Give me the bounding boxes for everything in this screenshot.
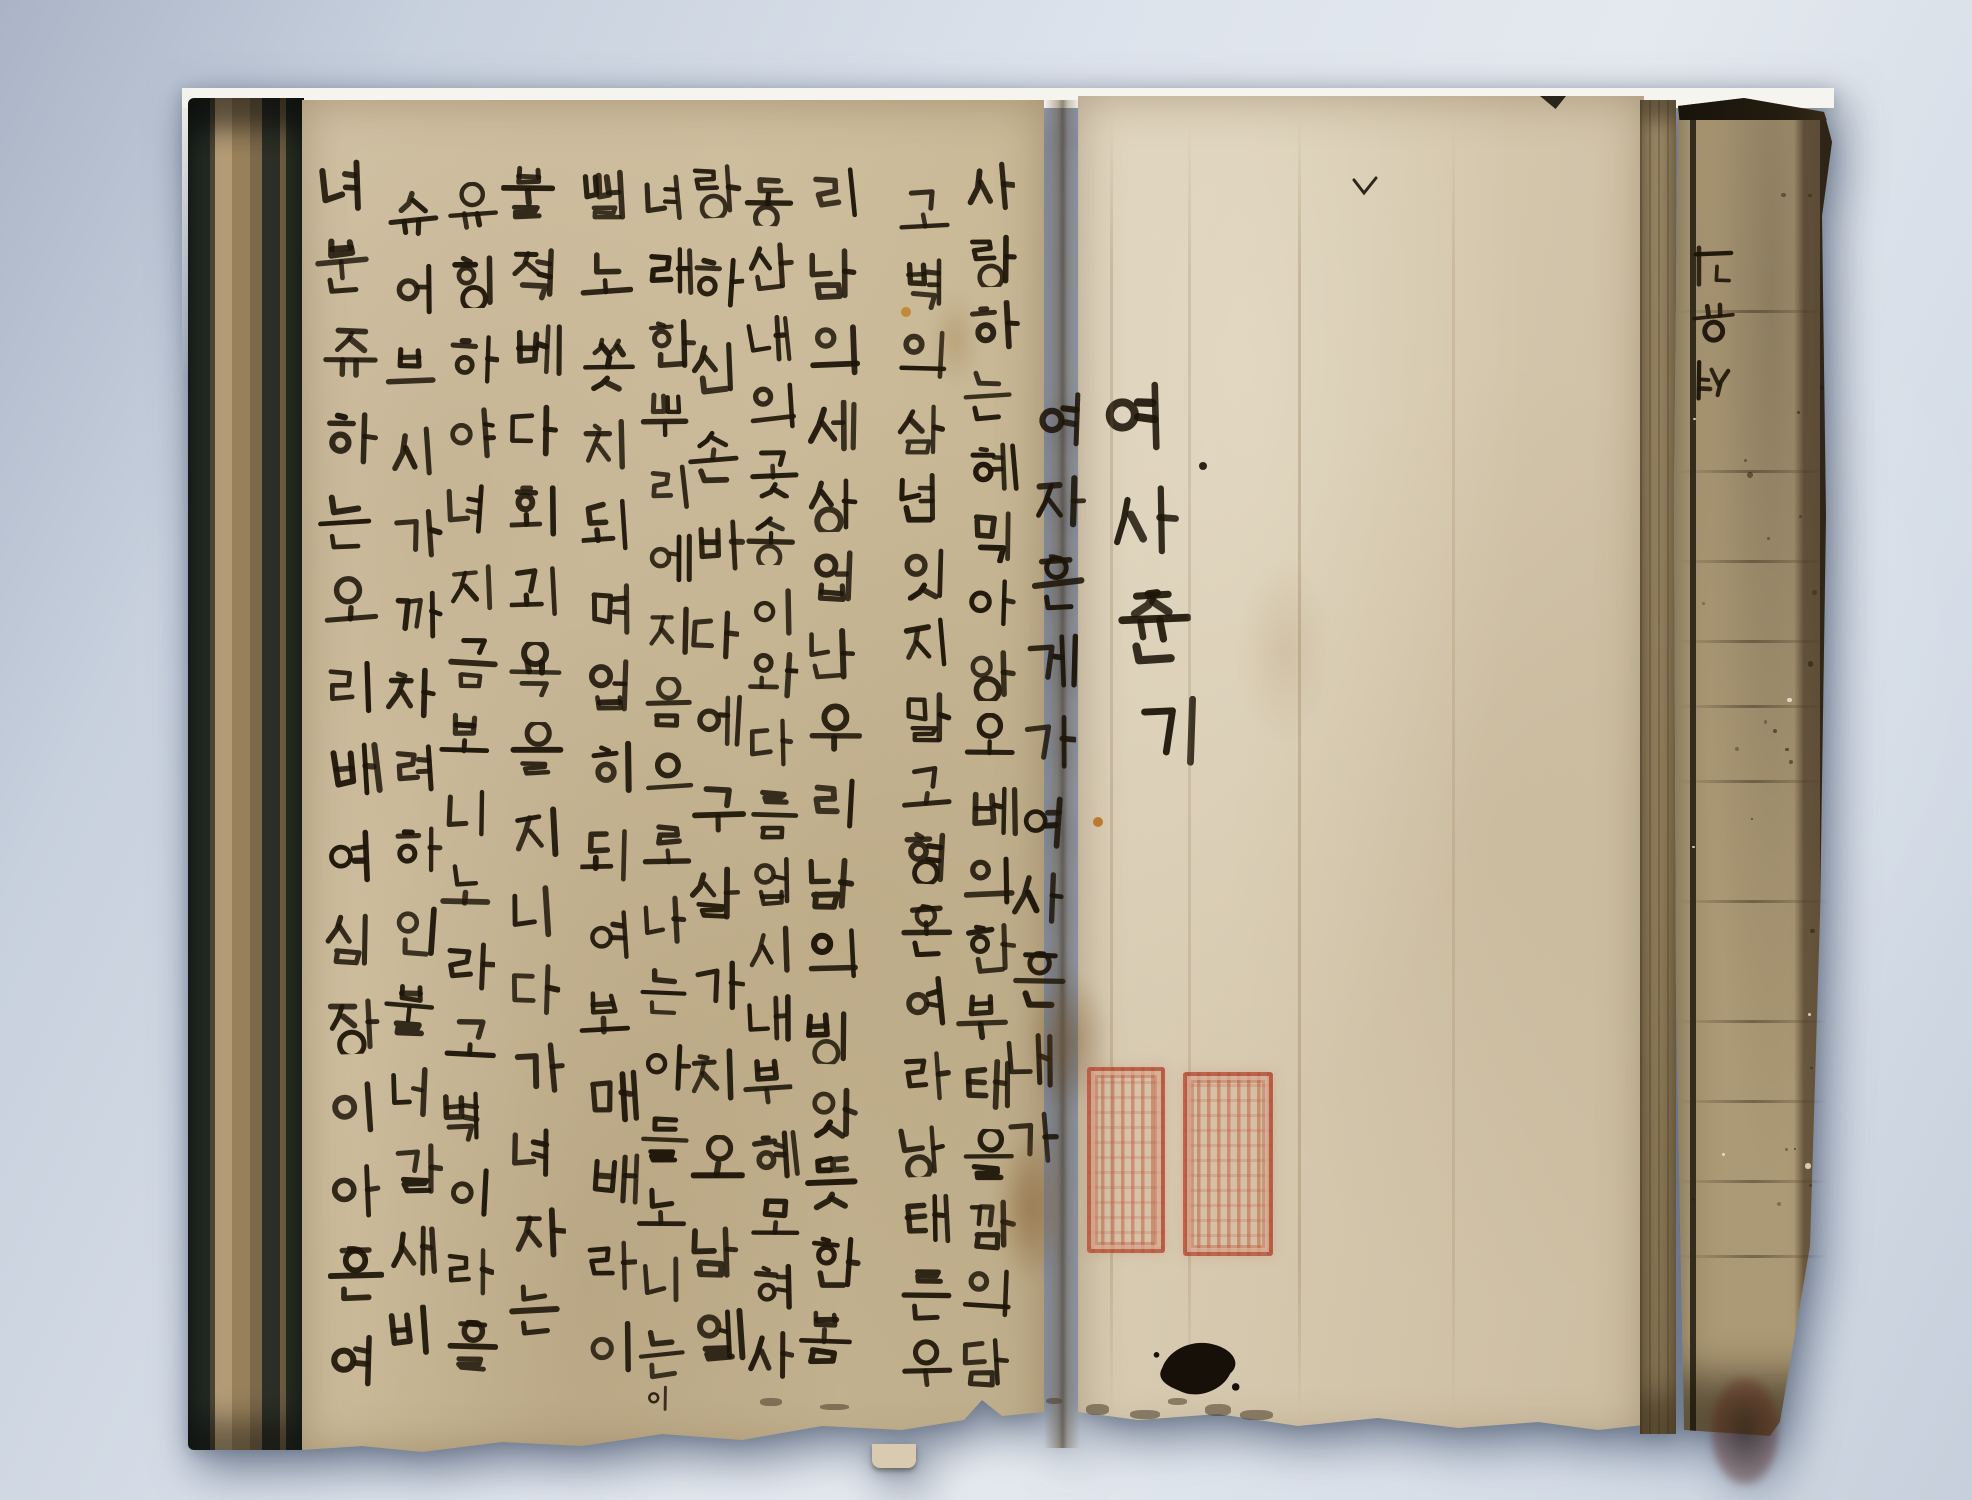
cover-speckle (1805, 1163, 1811, 1169)
second-book-cover (1674, 96, 1836, 1436)
cover-speckle (1810, 929, 1815, 934)
paper-stain (1240, 560, 1330, 740)
torn-paper-tab (872, 1444, 916, 1468)
second-book-stain (1710, 1376, 1780, 1486)
book-back-cover (188, 98, 304, 1450)
red-seal-block-1 (1087, 1067, 1165, 1253)
dot (1093, 817, 1103, 827)
edge-debris (1240, 1410, 1273, 1420)
edge-debris (760, 1398, 782, 1406)
paper-crease (1452, 116, 1455, 1416)
cover-speckle (1702, 602, 1705, 605)
edge-debris (1046, 1398, 1062, 1404)
edge-debris (820, 1404, 849, 1410)
paper-stain (930, 292, 980, 387)
manuscript-photo (182, 88, 1838, 1470)
cover-speckle (1820, 385, 1825, 390)
cover-crease (1678, 470, 1828, 473)
dot (1199, 462, 1207, 470)
cover-speckle (1693, 418, 1695, 420)
dot (901, 307, 911, 317)
cover-speckle (1799, 515, 1802, 518)
edge-debris (1086, 1404, 1109, 1415)
cover-crease (1678, 310, 1828, 313)
cover-crease (1678, 1100, 1828, 1103)
cover-crease (1678, 1180, 1828, 1183)
cover-crease (1678, 560, 1828, 563)
cover-crease (1678, 1020, 1828, 1023)
cover-speckle (1785, 748, 1788, 751)
cover-crease (1678, 780, 1828, 783)
cover-crease (1678, 705, 1828, 708)
paper-crease (1298, 116, 1301, 1416)
red-seal-block-2 (1183, 1072, 1273, 1256)
cover-speckle (1787, 698, 1792, 703)
edge-debris (1168, 1398, 1187, 1405)
book-fore-edge (1640, 100, 1676, 1434)
edge-debris (1205, 1404, 1231, 1416)
cover-speckle (1785, 1148, 1787, 1150)
cover-speckle (1810, 1067, 1812, 1069)
cover-speckle (1808, 194, 1811, 197)
edge-debris (1130, 1410, 1160, 1419)
paper-stain (992, 1135, 1066, 1285)
cover-crease (1678, 900, 1828, 903)
cover-speckle (1808, 661, 1813, 666)
cover-crease (1678, 640, 1828, 643)
cover-speckle (1747, 472, 1753, 478)
cover-crease (1678, 1255, 1828, 1258)
